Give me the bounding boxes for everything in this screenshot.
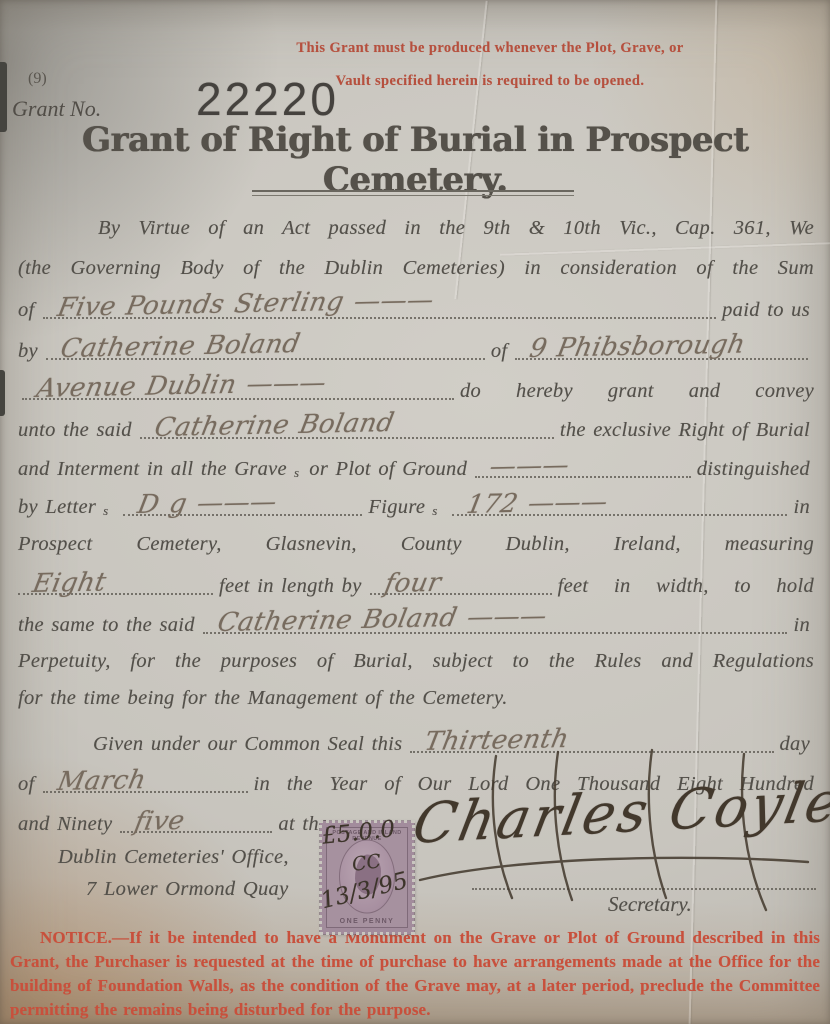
dotted-rule: five	[120, 821, 272, 833]
printed-plural-s: s	[103, 503, 108, 519]
opening-line-1: By Virtue of an Act passed in the 9th & …	[18, 216, 814, 241]
field-row-holder: the same to the said Catherine Boland ——…	[18, 607, 814, 637]
printed-same-said: the same to the said	[18, 614, 199, 637]
field-row-ground: and Interment in all the Graves or Plot …	[18, 451, 814, 481]
field-row-letters-figures: by Letters D g ——— Figures 172 ——— in	[18, 489, 814, 519]
printed-exclusive-right: the exclusive Right of Burial	[560, 419, 814, 442]
dotted-rule: ———	[475, 466, 691, 478]
printed-length-by: feet in length by	[219, 575, 366, 598]
printed-of: of	[18, 299, 39, 322]
printed-plural-s: s	[432, 503, 437, 519]
dotted-rule: March	[43, 781, 248, 793]
document-title: Grant of Right of Burial in Prospect Cem…	[0, 120, 830, 200]
printed-paid-to-us: paid to us	[722, 299, 814, 322]
title-divider	[252, 190, 574, 196]
stamp-annotation-initials: CC	[351, 850, 383, 876]
notice-paragraph: NOTICE.—If it be intended to have a Monu…	[10, 926, 820, 1022]
dotted-rule: 172 ———	[452, 504, 788, 516]
handwritten-purchaser-name: Catherine Boland	[58, 329, 303, 364]
dotted-rule: Catherine Boland	[46, 348, 485, 360]
scanned-document: This Grant must be produced whenever the…	[0, 0, 830, 1024]
handwritten-address-2: Avenue Dublin ———	[34, 368, 329, 404]
printed-seal: Given under our Common Seal this	[93, 733, 406, 756]
handwritten-figures: 172 ———	[464, 487, 610, 520]
printed-unto-said: unto the said	[18, 419, 136, 442]
grant-no-label: Grant No.	[12, 96, 101, 122]
perpetuity-line: Perpetuity, for the purposes of Burial, …	[18, 649, 814, 674]
printed-in: in	[793, 614, 814, 637]
handwritten-sum: Five Pounds Sterling ———	[55, 285, 436, 323]
paper-crease	[500, 242, 830, 256]
dotted-rule: Five Pounds Sterling ———	[43, 307, 717, 319]
handwritten-ground-dash: ———	[487, 450, 572, 482]
grant-no-value: 22220	[196, 72, 339, 126]
printed-by: by	[18, 340, 42, 363]
printed-by-letter: by Letter	[18, 496, 100, 519]
field-row-sum: of Five Pounds Sterling ——— paid to us	[18, 292, 814, 322]
dotted-rule: Catherine Boland ———	[203, 622, 788, 634]
handwritten-year-suffix: five	[132, 806, 187, 837]
field-row-dimensions: Eight feet in length by four feet in wid…	[18, 568, 814, 598]
printed-interment: and Interment in all the Grave	[18, 458, 291, 481]
field-row-grantee: unto the said Catherine Boland the exclu…	[18, 412, 814, 442]
printed-of: of	[491, 340, 512, 363]
field-row-purchaser: by Catherine Boland of 9 Phibsborough	[18, 333, 814, 363]
printed-and-ninety: and Ninety	[18, 813, 116, 836]
printed-in: in	[793, 496, 814, 519]
handwritten-month: March	[55, 765, 148, 797]
produced-warning-line1: This Grant must be produced whenever the…	[150, 40, 830, 57]
printed-distinguished: distinguished	[697, 458, 814, 481]
opening-line-2: (the Governing Body of the Dublin Cemete…	[18, 256, 814, 281]
handwritten-length: Eight	[30, 567, 109, 599]
field-row-address: Avenue Dublin ——— do hereby grant and co…	[18, 373, 814, 403]
printed-plural-s: s	[294, 465, 299, 481]
printed-width-hold: feet in width, to hold	[558, 575, 814, 598]
handwritten-grantee-name: Catherine Boland	[152, 408, 397, 443]
corner-note: (9)	[28, 70, 47, 88]
dotted-rule: Eight	[18, 583, 213, 595]
handwritten-holder-name: Catherine Boland ———	[215, 601, 549, 638]
handwritten-width: four	[382, 568, 444, 599]
handwritten-address-1: 9 Phibsborough	[527, 330, 748, 364]
printed-of: of	[18, 773, 39, 796]
dotted-rule: D g ———	[123, 504, 363, 516]
printed-figure: Figure	[368, 496, 429, 519]
management-line: for the time being for the Management of…	[18, 686, 814, 711]
stamp-bottom-text: ONE PENNY	[327, 918, 407, 925]
printed-grant-convey: do hereby grant and convey	[460, 380, 814, 403]
printed-plot-ground: or Plot of Ground	[309, 458, 471, 481]
handwritten-letters: D g ———	[135, 487, 279, 520]
dotted-rule: Catherine Boland	[140, 427, 554, 439]
scan-edge-mark	[0, 370, 5, 416]
dotted-rule: 9 Phibsborough	[515, 348, 808, 360]
dotted-rule: Avenue Dublin ———	[22, 388, 454, 400]
location-line: Prospect Cemetery, Glasnevin, County Dub…	[18, 532, 814, 557]
dotted-rule: four	[370, 583, 552, 595]
